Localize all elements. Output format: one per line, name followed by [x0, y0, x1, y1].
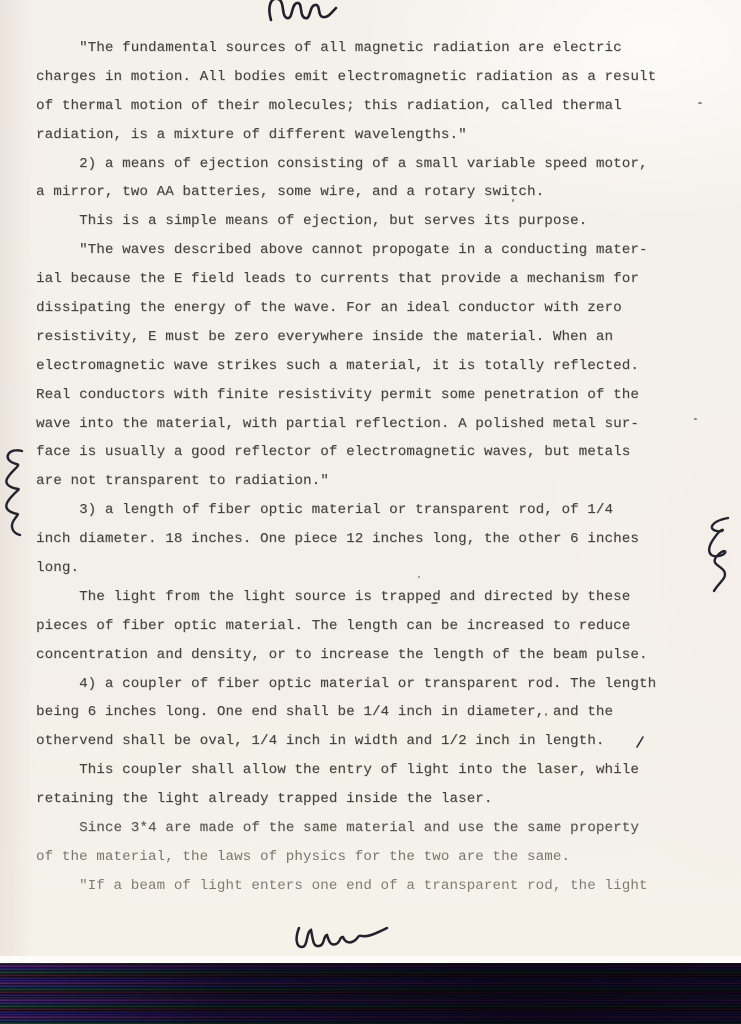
text-line: wave into the material, with partial ref…: [36, 410, 716, 439]
text-line: radiation, is a mixture of different wav…: [36, 121, 716, 150]
paper-bottom-edge: [0, 956, 741, 963]
text-line: This is a simple means of ejection, but …: [36, 207, 716, 236]
text-line: charges in motion. All bodies emit elect…: [36, 63, 716, 92]
text-line: face is usually a good reflector of elec…: [36, 438, 716, 467]
text-line: resistivity, E must be zero everywhere i…: [36, 323, 716, 352]
text-line: "The fundamental sources of all magnetic…: [36, 34, 716, 63]
scan-speck: [431, 602, 438, 604]
text-line: of thermal motion of their molecules; th…: [36, 92, 716, 121]
scanner-artifact-band: [0, 963, 741, 1024]
scan-speck: [698, 102, 702, 104]
scan-speck: [545, 713, 547, 716]
text-line: are not transparent to radiation.": [36, 467, 716, 496]
left-margin-scribble-mark: [1, 447, 29, 539]
text-line: of the material, the laws of physics for…: [36, 843, 716, 872]
slash-annotation-mark: [634, 735, 646, 749]
text-line: long.: [36, 554, 716, 583]
text-line: dissipating the energy of the wave. For …: [36, 294, 716, 323]
text-line: 4) a coupler of fiber optic material or …: [36, 670, 716, 699]
text-line: being 6 inches long. One end shall be 1/…: [36, 698, 716, 727]
text-line: othervend shall be oval, 1/4 inch in wid…: [36, 727, 716, 756]
document-page: "The fundamental sources of all magnetic…: [0, 0, 741, 1024]
bottom-scribble-mark: [292, 923, 394, 955]
text-line: inch diameter. 18 inches. One piece 12 i…: [36, 525, 716, 554]
text-line: Real conductors with finite resistivity …: [36, 381, 716, 410]
text-line: 2) a means of ejection consisting of a s…: [36, 150, 716, 179]
right-margin-scribble-mark: [697, 514, 737, 598]
text-line: "If a beam of light enters one end of a …: [36, 872, 716, 901]
text-line: concentration and density, or to increas…: [36, 641, 716, 670]
text-line: electromagnetic wave strikes such a mate…: [36, 352, 716, 381]
text-line: retaining the light already trapped insi…: [36, 785, 716, 814]
scan-speck: [694, 418, 697, 420]
text-line: The light from the light source is trapp…: [36, 583, 716, 612]
text-line: Since 3*4 are made of the same material …: [36, 814, 716, 843]
text-line: "The waves described above cannot propog…: [36, 236, 716, 265]
scan-speck: [512, 199, 514, 202]
text-line: ial because the E field leads to current…: [36, 265, 716, 294]
scan-speck: [418, 576, 420, 578]
typewritten-text: "The fundamental sources of all magnetic…: [36, 34, 716, 901]
text-line: a mirror, two AA batteries, some wire, a…: [36, 178, 716, 207]
top-scribble-mark: [266, 0, 340, 24]
text-line: pieces of fiber optic material. The leng…: [36, 612, 716, 641]
text-line: 3) a length of fiber optic material or t…: [36, 496, 716, 525]
text-line: This coupler shall allow the entry of li…: [36, 756, 716, 785]
